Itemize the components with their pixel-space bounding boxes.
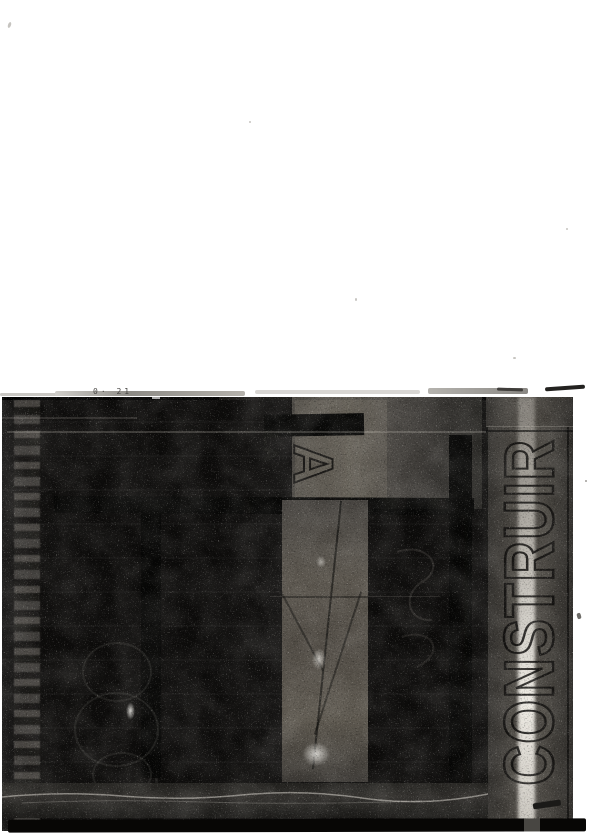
dust-speck <box>576 613 581 620</box>
dust-speck <box>513 357 516 359</box>
band-frame-top-highlight <box>486 426 573 427</box>
dust-speck <box>249 121 251 123</box>
cover-letter-a: A <box>285 444 341 484</box>
cover-letters-la: LA <box>260 433 280 464</box>
top-edge-smudge <box>255 390 420 394</box>
frame-line-horizontal <box>7 431 567 433</box>
title-band: CONSTRUIR <box>486 397 573 831</box>
scan-highlight-blob <box>316 556 326 568</box>
scanned-cover-image: LA A CONSTRUIR <box>2 397 573 831</box>
dust-speck <box>7 22 12 29</box>
band-frame-left <box>486 427 488 819</box>
scan-highlight-blob <box>312 648 326 670</box>
cover-photo-figure <box>282 500 368 782</box>
wavy-highlight-line <box>2 783 488 807</box>
top-edge-scribble <box>545 385 585 392</box>
top-edge-smudge <box>0 393 58 396</box>
band-frame-top <box>486 430 573 432</box>
scaffold-line <box>282 596 368 598</box>
scan-highlight-blob <box>126 702 135 720</box>
streak-through-strip <box>524 818 540 831</box>
scan-highlight-blob <box>302 742 330 766</box>
dust-speck <box>566 228 568 230</box>
dust-speck <box>585 480 587 482</box>
spine-fold-streak <box>14 400 40 828</box>
dust-speck <box>355 298 357 301</box>
frame-line-horizontal <box>2 417 137 419</box>
swirl-scratches <box>387 542 465 674</box>
top-edge-smudge: 0· 21 <box>55 391 245 396</box>
frame-bar-horizontal <box>54 496 474 515</box>
scanned-page: 0· 21 <box>0 0 591 837</box>
edge-marks-text: 0· 21 <box>93 387 132 397</box>
scan-edge-notch <box>152 397 160 399</box>
bottom-texture-strip <box>2 783 488 818</box>
bottom-black-strip <box>8 818 586 832</box>
magazine-title-vertical: CONSTRUIR <box>494 438 564 785</box>
